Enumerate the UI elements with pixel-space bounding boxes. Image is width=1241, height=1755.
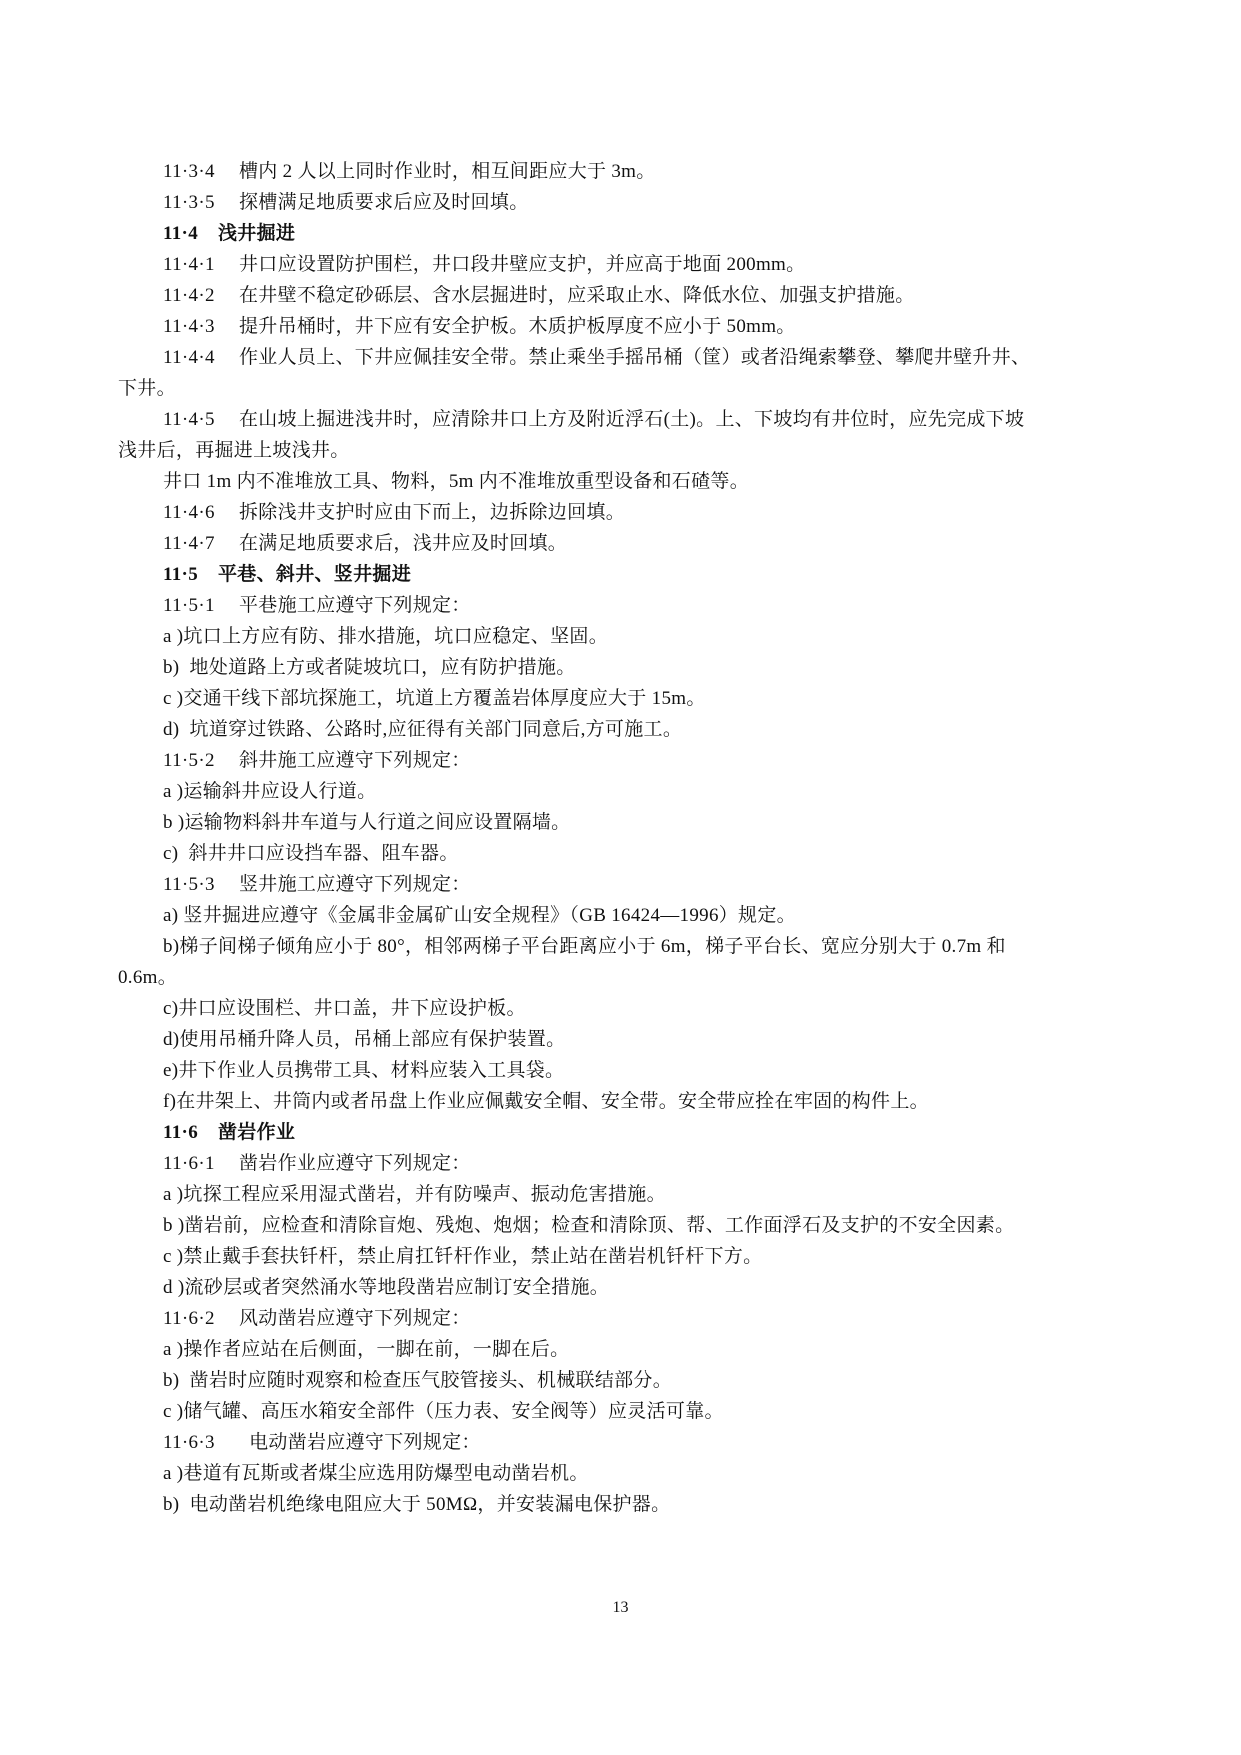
line-text: 提升吊桶时，井下应有安全护板。木质护板厚度不应小于 50mm。 (239, 316, 796, 337)
line-text: c) 斜井井口应设挡车器、阻车器。 (163, 843, 459, 864)
line-text: e)井下作业人员携带工具、材料应装入工具袋。 (163, 1060, 564, 1081)
line-text: 0.6m。 (118, 967, 177, 988)
list-item: b)梯子间梯子倾角应小于 80°，相邻两梯子平台距离应小于 6m，梯子平台长、宽… (118, 931, 1128, 962)
section-heading: 11·6凿岩作业 (118, 1117, 1128, 1148)
list-item: c) 斜井井口应设挡车器、阻车器。 (118, 838, 1128, 869)
clause-line: 11·5·1平巷施工应遵守下列规定： (118, 590, 1128, 621)
clause-line: 11·4·5在山坡上掘进浅井时，应清除井口上方及附近浮石(土)。上、下坡均有井位… (118, 404, 1128, 435)
clause-line: 11·4·3提升吊桶时，井下应有安全护板。木质护板厚度不应小于 50mm。 (118, 311, 1128, 342)
section-number: 11·6 (163, 1117, 218, 1148)
clause-number: 11·4·3 (163, 311, 239, 342)
clause-number: 11·5·3 (163, 869, 239, 900)
line-text: d) 坑道穿过铁路、公路时,应征得有关部门同意后,方可施工。 (163, 719, 682, 740)
document-body: 11·3·4槽内 2 人以上同时作业时，相互间距应大于 3m。11·3·5探槽满… (118, 156, 1128, 1520)
page-number: 13 (0, 1598, 1241, 1618)
list-item: b )凿岩前，应检查和清除盲炮、残炮、炮烟；检查和清除顶、帮、工作面浮石及支护的… (118, 1210, 1128, 1241)
line-text: 探槽满足地质要求后应及时回填。 (239, 192, 529, 213)
list-item: b) 电动凿岩机绝缘电阻应大于 50MΩ，并安装漏电保护器。 (118, 1489, 1128, 1520)
list-item: c )禁止戴手套扶钎杆，禁止肩扛钎杆作业，禁止站在凿岩机钎杆下方。 (118, 1241, 1128, 1272)
clause-number: 11·3·4 (163, 156, 239, 187)
list-item: a )坑口上方应有防、排水措施，坑口应稳定、坚固。 (118, 621, 1128, 652)
clause-line: 11·4·2在井壁不稳定砂砾层、含水层掘进时，应采取止水、降低水位、加强支护措施… (118, 280, 1128, 311)
line-text: c )储气罐、高压水箱安全部件（压力表、安全阀等）应灵活可靠。 (163, 1401, 724, 1422)
clause-line: 11·4·1井口应设置防护围栏，井口段井壁应支护，并应高于地面 200mm。 (118, 249, 1128, 280)
line-text: a )操作者应站在后侧面，一脚在前，一脚在后。 (163, 1339, 569, 1360)
document-page: 11·3·4槽内 2 人以上同时作业时，相互间距应大于 3m。11·3·5探槽满… (0, 0, 1241, 1755)
list-item: d )流砂层或者突然涌水等地段凿岩应制订安全措施。 (118, 1272, 1128, 1303)
line-text: d )流砂层或者突然涌水等地段凿岩应制订安全措施。 (163, 1277, 609, 1298)
line-text: 拆除浅井支护时应由下而上，边拆除边回填。 (239, 502, 625, 523)
line-text: 在山坡上掘进浅井时，应清除井口上方及附近浮石(土)。上、下坡均有井位时，应先完成… (239, 409, 1024, 430)
line-text: a )坑探工程应采用湿式凿岩，并有防噪声、振动危害措施。 (163, 1184, 666, 1205)
section-number: 11·5 (163, 559, 218, 590)
clause-number: 11·6·1 (163, 1148, 239, 1179)
clause-line: 11·4·7在满足地质要求后，浅井应及时回填。 (118, 528, 1128, 559)
list-item: c )储气罐、高压水箱安全部件（压力表、安全阀等）应灵活可靠。 (118, 1396, 1128, 1427)
line-text: c )交通干线下部坑探施工，坑道上方覆盖岩体厚度应大于 15m。 (163, 688, 706, 709)
list-item: e)井下作业人员携带工具、材料应装入工具袋。 (118, 1055, 1128, 1086)
continuation-line: 下井。 (118, 373, 1128, 404)
line-text: b) 凿岩时应随时观察和检查压气胶管接头、机械联结部分。 (163, 1370, 672, 1391)
line-text: 井口应设置防护围栏，井口段井壁应支护，并应高于地面 200mm。 (239, 254, 805, 275)
clause-line: 11·5·2斜井施工应遵守下列规定： (118, 745, 1128, 776)
line-text: a )巷道有瓦斯或者煤尘应选用防爆型电动凿岩机。 (163, 1463, 589, 1484)
clause-number: 11·6·3 (163, 1427, 239, 1458)
line-text: c)井口应设围栏、井口盖，井下应设护板。 (163, 998, 526, 1019)
list-item: c )交通干线下部坑探施工，坑道上方覆盖岩体厚度应大于 15m。 (118, 683, 1128, 714)
line-text: b) 电动凿岩机绝缘电阻应大于 50MΩ，并安装漏电保护器。 (163, 1494, 670, 1515)
line-text: 下井。 (118, 378, 176, 399)
list-item: d) 坑道穿过铁路、公路时,应征得有关部门同意后,方可施工。 (118, 714, 1128, 745)
list-item: a )操作者应站在后侧面，一脚在前，一脚在后。 (118, 1334, 1128, 1365)
list-item: b )运输物料斜井车道与人行道之间应设置隔墙。 (118, 807, 1128, 838)
clause-number: 11·5·1 (163, 590, 239, 621)
line-text: d)使用吊桶升降人员，吊桶上部应有保护装置。 (163, 1029, 565, 1050)
line-text: 平巷施工应遵守下列规定： (239, 595, 471, 616)
continuation-line: 浅井后，再掘进上坡浅井。 (118, 435, 1128, 466)
line-text: a )运输斜井应设人行道。 (163, 781, 376, 802)
paragraph-line: 井口 1m 内不准堆放工具、物料，5m 内不准堆放重型设备和石碴等。 (118, 466, 1128, 497)
line-text: a) 竖井掘进应遵守《金属非金属矿山安全规程》（GB 16424—1996）规定… (163, 905, 796, 926)
section-title: 平巷、斜井、竖井掘进 (218, 564, 411, 585)
line-text: 电动凿岩应遵守下列规定： (239, 1432, 481, 1453)
list-item: f)在井架上、井筒内或者吊盘上作业应佩戴安全帽、安全带。安全带应拴在牢固的构件上… (118, 1086, 1128, 1117)
line-text: 井口 1m 内不准堆放工具、物料，5m 内不准堆放重型设备和石碴等。 (163, 471, 749, 492)
list-item: a )坑探工程应采用湿式凿岩，并有防噪声、振动危害措施。 (118, 1179, 1128, 1210)
line-text: 槽内 2 人以上同时作业时，相互间距应大于 3m。 (239, 161, 656, 182)
section-number: 11·4 (163, 218, 218, 249)
clause-number: 11·4·5 (163, 404, 239, 435)
clause-line: 11·6·2风动凿岩应遵守下列规定： (118, 1303, 1128, 1334)
line-text: 在井壁不稳定砂砾层、含水层掘进时，应采取止水、降低水位、加强支护措施。 (239, 285, 915, 306)
section-title: 凿岩作业 (218, 1122, 295, 1143)
list-item: a) 竖井掘进应遵守《金属非金属矿山安全规程》（GB 16424—1996）规定… (118, 900, 1128, 931)
line-text: 作业人员上、下井应佩挂安全带。禁止乘坐手摇吊桶（筐）或者沿绳索攀登、攀爬井壁升井… (239, 347, 1030, 368)
list-item: c)井口应设围栏、井口盖，井下应设护板。 (118, 993, 1128, 1024)
clause-line: 11·3·5探槽满足地质要求后应及时回填。 (118, 187, 1128, 218)
list-item: d)使用吊桶升降人员，吊桶上部应有保护装置。 (118, 1024, 1128, 1055)
section-heading: 11·4浅井掘进 (118, 218, 1128, 249)
line-text: b) 地处道路上方或者陡坡坑口，应有防护措施。 (163, 657, 576, 678)
clause-number: 11·3·5 (163, 187, 239, 218)
line-text: 浅井后，再掘进上坡浅井。 (118, 440, 350, 461)
clause-number: 11·4·7 (163, 528, 239, 559)
clause-line: 11·5·3竖井施工应遵守下列规定： (118, 869, 1128, 900)
line-text: 凿岩作业应遵守下列规定： (239, 1153, 471, 1174)
clause-line: 11·6·3 电动凿岩应遵守下列规定： (118, 1427, 1128, 1458)
line-text: b)梯子间梯子倾角应小于 80°，相邻两梯子平台距离应小于 6m，梯子平台长、宽… (163, 936, 1006, 957)
line-text: 竖井施工应遵守下列规定： (239, 874, 471, 895)
list-item: a )运输斜井应设人行道。 (118, 776, 1128, 807)
line-text: 斜井施工应遵守下列规定： (239, 750, 471, 771)
continuation-line: 0.6m。 (118, 962, 1128, 993)
clause-number: 11·4·1 (163, 249, 239, 280)
list-item: b) 凿岩时应随时观察和检查压气胶管接头、机械联结部分。 (118, 1365, 1128, 1396)
clause-number: 11·5·2 (163, 745, 239, 776)
clause-number: 11·4·4 (163, 342, 239, 373)
section-title: 浅井掘进 (218, 223, 295, 244)
list-item: a )巷道有瓦斯或者煤尘应选用防爆型电动凿岩机。 (118, 1458, 1128, 1489)
line-text: 风动凿岩应遵守下列规定： (239, 1308, 471, 1329)
line-text: c )禁止戴手套扶钎杆，禁止肩扛钎杆作业，禁止站在凿岩机钎杆下方。 (163, 1246, 762, 1267)
line-text: b )运输物料斜井车道与人行道之间应设置隔墙。 (163, 812, 570, 833)
clause-line: 11·4·6拆除浅井支护时应由下而上，边拆除边回填。 (118, 497, 1128, 528)
clause-number: 11·4·2 (163, 280, 239, 311)
clause-number: 11·4·6 (163, 497, 239, 528)
clause-line: 11·6·1凿岩作业应遵守下列规定： (118, 1148, 1128, 1179)
line-text: b )凿岩前，应检查和清除盲炮、残炮、炮烟；检查和清除顶、帮、工作面浮石及支护的… (163, 1215, 1014, 1236)
line-text: 在满足地质要求后，浅井应及时回填。 (239, 533, 567, 554)
clause-line: 11·4·4作业人员上、下井应佩挂安全带。禁止乘坐手摇吊桶（筐）或者沿绳索攀登、… (118, 342, 1128, 373)
line-text: a )坑口上方应有防、排水措施，坑口应稳定、坚固。 (163, 626, 608, 647)
clause-line: 11·3·4槽内 2 人以上同时作业时，相互间距应大于 3m。 (118, 156, 1128, 187)
section-heading: 11·5平巷、斜井、竖井掘进 (118, 559, 1128, 590)
line-text: f)在井架上、井筒内或者吊盘上作业应佩戴安全帽、安全带。安全带应拴在牢固的构件上… (163, 1091, 929, 1112)
clause-number: 11·6·2 (163, 1303, 239, 1334)
list-item: b) 地处道路上方或者陡坡坑口，应有防护措施。 (118, 652, 1128, 683)
